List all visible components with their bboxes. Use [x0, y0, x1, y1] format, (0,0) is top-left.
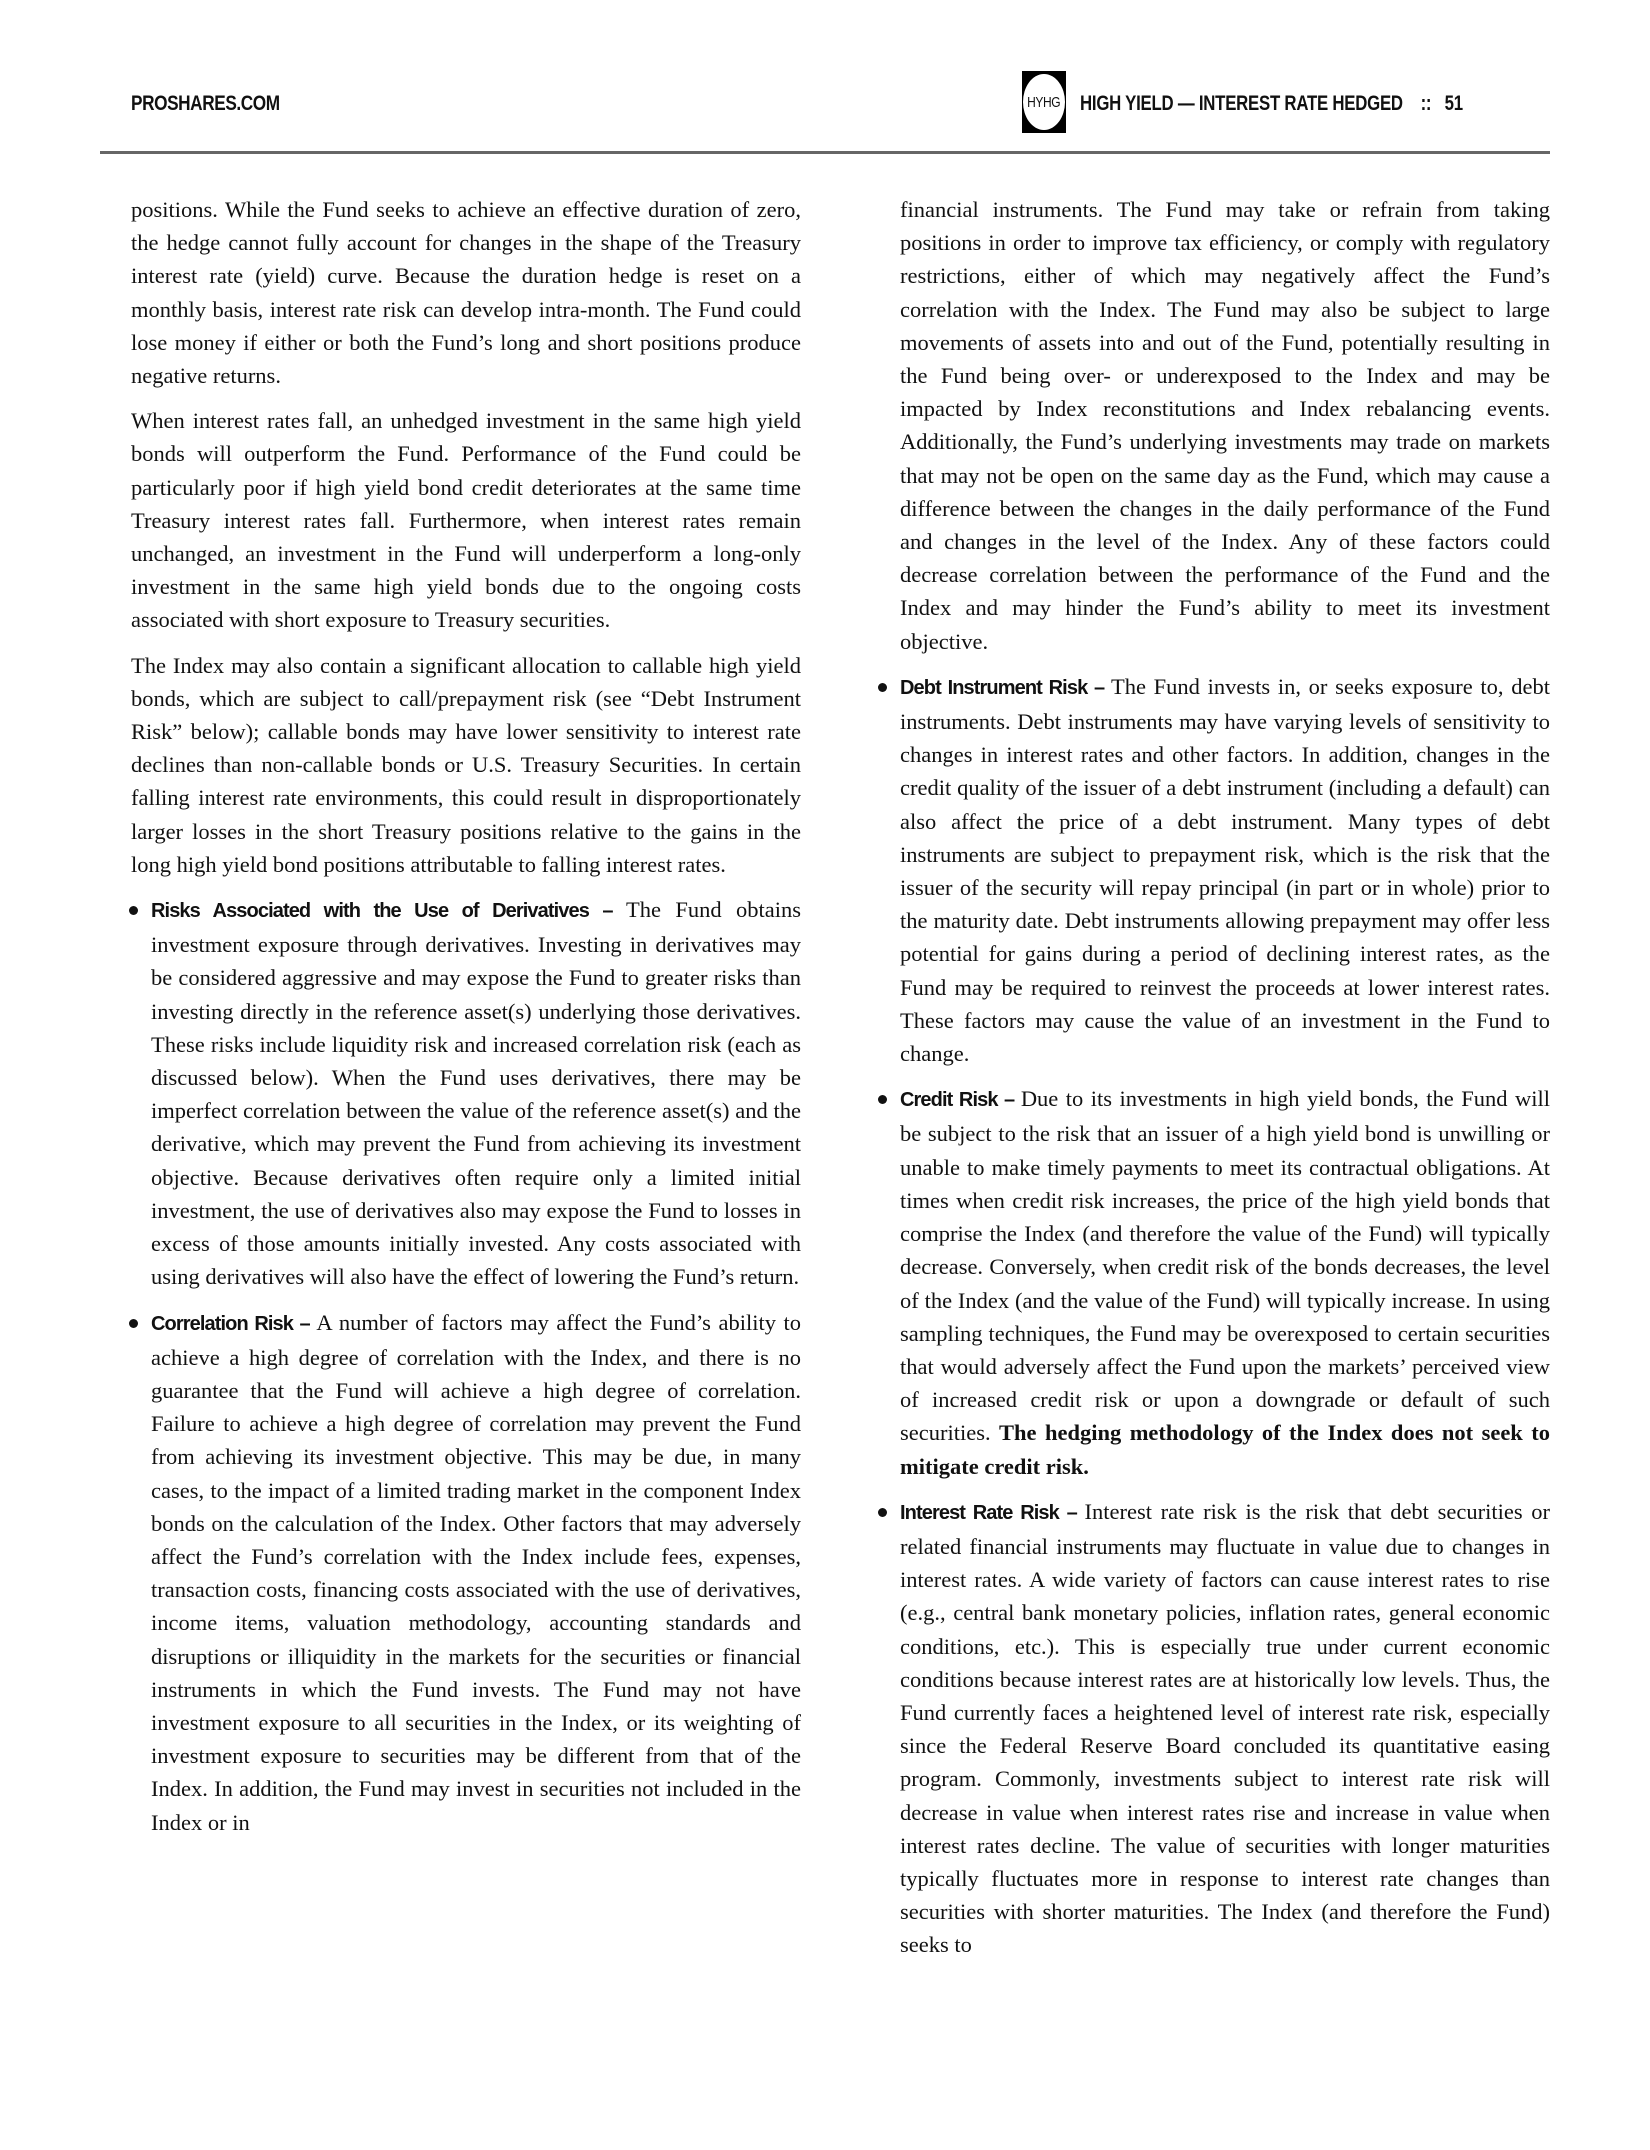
- risk-text: Interest rate risk is the risk that debt…: [900, 1499, 1550, 1958]
- risk-text: The Fund obtains investment exposure thr…: [151, 897, 801, 1289]
- bullet-icon: [878, 1508, 887, 1517]
- running-title: HIGH YIELD — INTEREST RATE HEDGED :: 51: [1080, 92, 1463, 116]
- risk-list-continued: financial instruments. The Fund may take…: [900, 193, 1550, 1962]
- fund-ticker-badge: HYHG: [1022, 71, 1066, 133]
- ticker-circle-icon: HYHG: [1023, 74, 1065, 130]
- risk-text: The Fund invests in, or seeks exposure t…: [900, 674, 1550, 1066]
- risk-title: Risks Associated with the Use of Derivat…: [151, 900, 589, 922]
- page-header: PROSHARES.COM HYHG HIGH YIELD — INTEREST…: [0, 0, 1650, 160]
- bullet-icon: [878, 683, 887, 692]
- left-column: positions. While the Fund seeks to achie…: [131, 193, 801, 1851]
- paragraph: When interest rates fall, an unhedged in…: [131, 404, 801, 636]
- risk-item-credit: Credit Risk – Due to its investments in …: [900, 1082, 1550, 1482]
- site-url: PROSHARES.COM: [131, 92, 280, 116]
- paragraph: The Index may also contain a significant…: [131, 649, 801, 881]
- risk-title: Interest Rate Risk: [900, 1502, 1059, 1524]
- bullet-icon: [129, 1319, 138, 1328]
- bullet-icon: [129, 906, 138, 915]
- bullet-icon: [878, 1095, 887, 1104]
- risk-title: Credit Risk: [900, 1089, 998, 1111]
- risk-list: Risks Associated with the Use of Derivat…: [151, 893, 801, 1839]
- risk-item-interest-rate: Interest Rate Risk – Interest rate risk …: [900, 1495, 1550, 1962]
- risk-text: Due to its investments in high yield bon…: [900, 1086, 1550, 1445]
- paragraph: positions. While the Fund seeks to achie…: [131, 193, 801, 392]
- page-number: 51: [1445, 92, 1463, 115]
- correlation-risk-continuation: financial instruments. The Fund may take…: [900, 193, 1550, 658]
- risk-text: A number of factors may affect the Fund’…: [151, 1310, 801, 1835]
- ticker-label: HYHG: [1027, 94, 1060, 111]
- risk-item-derivatives: Risks Associated with the Use of Derivat…: [151, 893, 801, 1293]
- risk-title: Correlation Risk: [151, 1313, 293, 1335]
- right-column: financial instruments. The Fund may take…: [880, 193, 1550, 1974]
- risk-item-correlation: Correlation Risk – A number of factors m…: [151, 1306, 801, 1839]
- header-rule: [100, 151, 1550, 154]
- title-separator: ::: [1421, 92, 1432, 115]
- risk-title: Debt Instrument Risk: [900, 677, 1087, 699]
- risk-item-debt-instrument: Debt Instrument Risk – The Fund invests …: [900, 670, 1550, 1070]
- fund-name: HIGH YIELD — INTEREST RATE HEDGED: [1080, 92, 1403, 115]
